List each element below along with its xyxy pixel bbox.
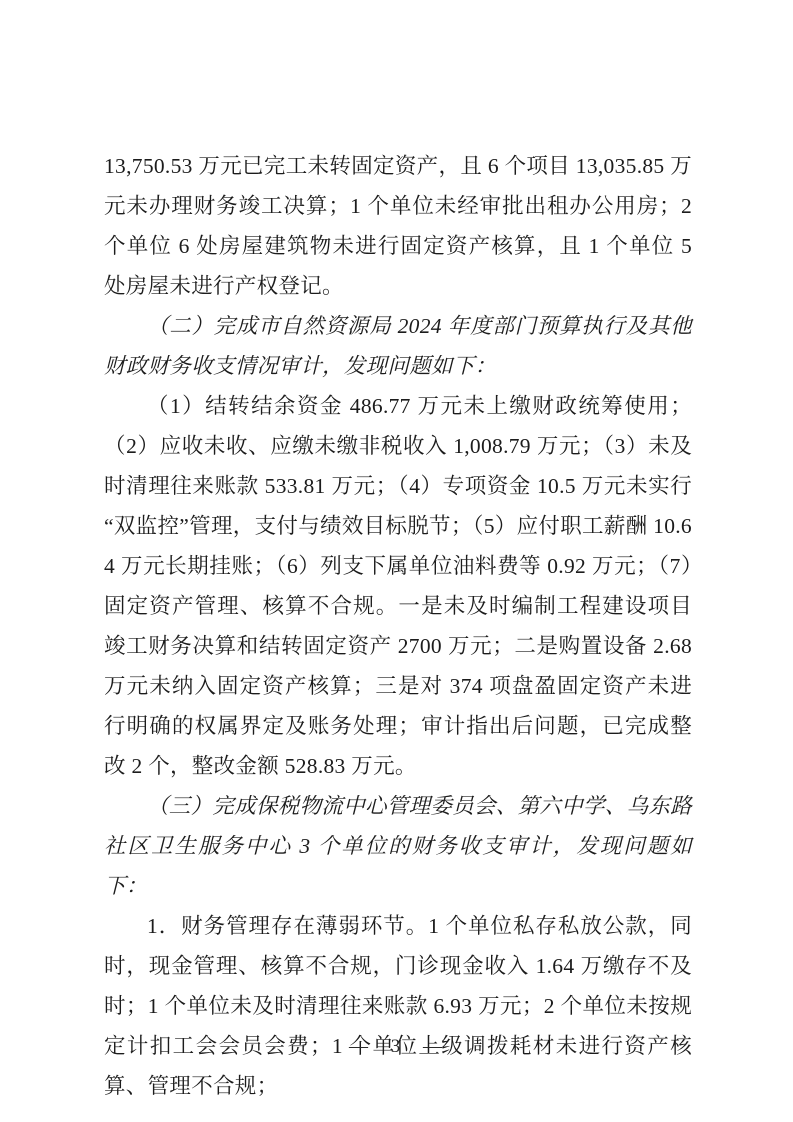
section-heading-2: （二）完成市自然资源局 2024 年度部门预算执行及其他财政财务收支情况审计，发… (104, 306, 692, 386)
page-footer: — 3 — (0, 1036, 793, 1058)
page-number: — 3 — (349, 1036, 444, 1057)
section-heading-3: （三）完成保税物流中心管理委员会、第六中学、乌东路社区卫生服务中心 3 个单位的… (104, 786, 692, 906)
document-page: 13,750.53 万元已完工未转固定资产，且 6 个项目 13,035.85 … (0, 0, 793, 1122)
section-2-body: （1）结转结余资金 486.77 万元未上缴财政统筹使用；（2）应收未收、应缴未… (104, 386, 692, 786)
paragraph-continuation: 13,750.53 万元已完工未转固定资产，且 6 个项目 13,035.85 … (104, 146, 692, 306)
document-body: 13,750.53 万元已完工未转固定资产，且 6 个项目 13,035.85 … (104, 146, 692, 1106)
section-3-body: 1．财务管理存在薄弱环节。1 个单位私存私放公款，同时，现金管理、核算不合规，门… (104, 906, 692, 1106)
